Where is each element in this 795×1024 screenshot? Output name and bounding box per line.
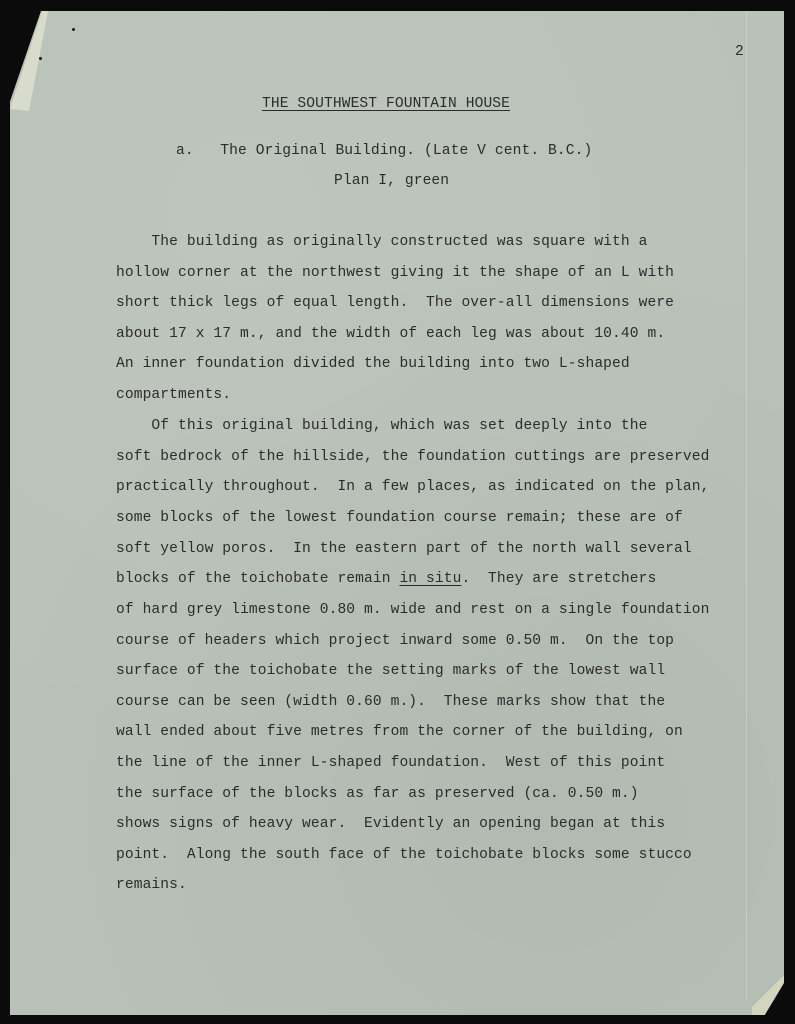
- paper-edge-line: [746, 11, 747, 1001]
- underlined-term: in situ: [399, 571, 461, 587]
- body-line: blocks of the toichobate remain in situ.…: [116, 571, 656, 587]
- document-title: THE SOUTHWEST FOUNTAIN HOUSE: [262, 96, 510, 112]
- body-line: some blocks of the lowest foundation cou…: [116, 510, 683, 526]
- section-heading: a. The Original Building. (Late V cent. …: [176, 143, 592, 159]
- body-line: about 17 x 17 m., and the width of each …: [116, 326, 665, 342]
- body-line: the surface of the blocks as far as pres…: [116, 786, 639, 802]
- body-line: remains.: [116, 877, 187, 893]
- body-line: An inner foundation divided the building…: [116, 356, 630, 372]
- body-line: course of headers which project inward s…: [116, 633, 674, 649]
- body-line: practically throughout. In a few places,…: [116, 479, 709, 495]
- body-line-start: blocks of the toichobate remain: [116, 571, 399, 587]
- section-heading-text: The Original Building. (Late V cent. B.C…: [220, 143, 592, 159]
- body-line: compartments.: [116, 387, 231, 403]
- body-line: soft bedrock of the hillside, the founda…: [116, 449, 709, 465]
- page-number: 2: [735, 44, 744, 60]
- body-line: wall ended about five metres from the co…: [116, 724, 683, 740]
- body-line: shows signs of heavy wear. Evidently an …: [116, 816, 665, 832]
- body-line-end: . They are stretchers: [461, 571, 656, 587]
- body-line: of hard grey limestone 0.80 m. wide and …: [116, 602, 709, 618]
- body-line: surface of the toichobate the setting ma…: [116, 663, 665, 679]
- section-label: a.: [176, 143, 194, 159]
- body-line: soft yellow poros. In the eastern part o…: [116, 541, 692, 557]
- body-line: Of this original building, which was set…: [116, 418, 647, 434]
- ink-speck: [39, 57, 42, 60]
- body-line: the line of the inner L-shaped foundatio…: [116, 755, 665, 771]
- body-line: hollow corner at the northwest giving it…: [116, 265, 674, 281]
- body-line: short thick legs of equal length. The ov…: [116, 295, 674, 311]
- body-line: The building as originally constructed w…: [116, 234, 647, 250]
- ink-speck: [72, 28, 75, 31]
- plan-reference: Plan I, green: [334, 173, 449, 189]
- body-line: point. Along the south face of the toich…: [116, 847, 692, 863]
- body-line: course can be seen (width 0.60 m.). Thes…: [116, 694, 665, 710]
